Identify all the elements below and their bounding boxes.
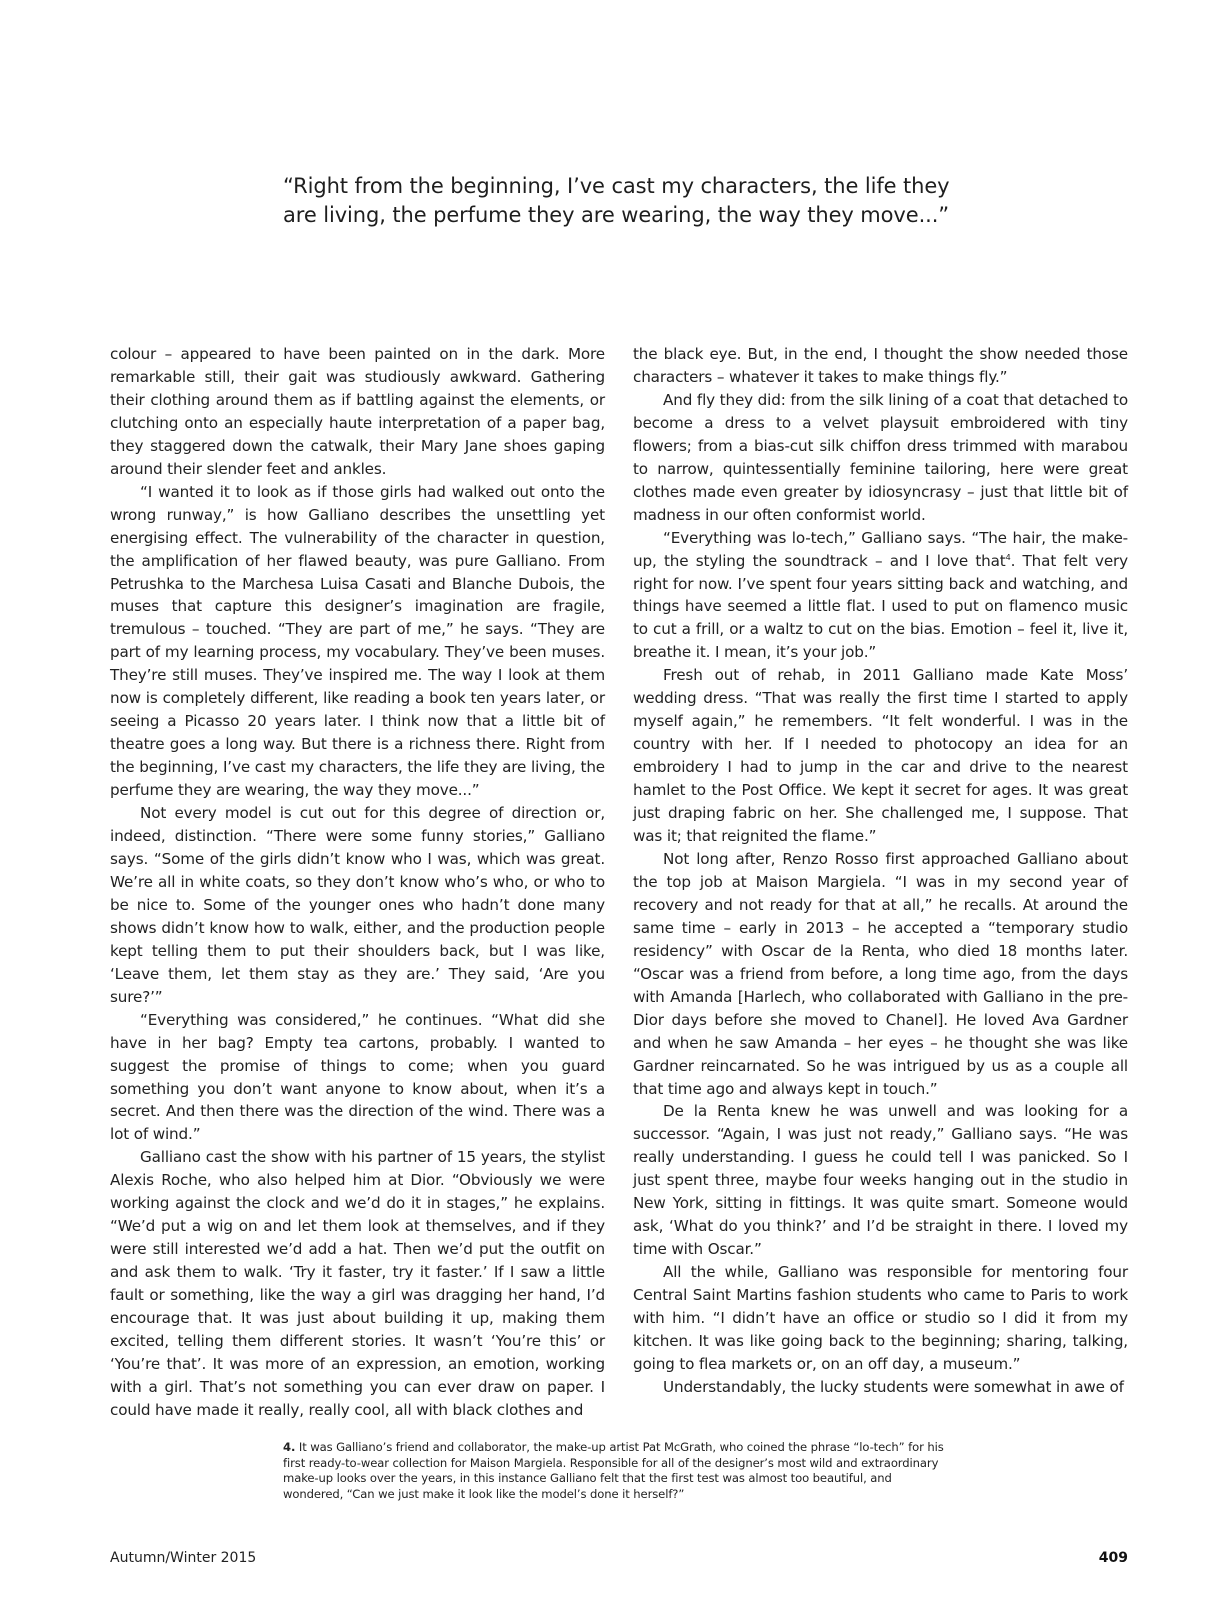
right-column: the black eye. But, in the end, I though… <box>633 343 1128 1399</box>
paragraph: De la Renta knew he was unwell and was l… <box>633 1100 1128 1261</box>
paragraph: And fly they did: from the silk lining o… <box>633 389 1128 527</box>
paragraph: Not every model is cut out for this degr… <box>110 802 605 1009</box>
paragraph: “I wanted it to look as if those girls h… <box>110 481 605 802</box>
paragraph: All the while, Galliano was responsible … <box>633 1261 1128 1376</box>
paragraph: “Everything was considered,” he continue… <box>110 1009 605 1147</box>
left-column: colour – appeared to have been painted o… <box>110 343 605 1422</box>
footnote-text: It was Galliano’s friend and collaborato… <box>283 1440 944 1501</box>
footnote-number: 4. <box>283 1440 295 1454</box>
page-number: 409 <box>1099 1550 1128 1566</box>
footnote: 4. It was Galliano’s friend and collabor… <box>283 1440 955 1502</box>
issue-label: Autumn/Winter 2015 <box>110 1550 256 1566</box>
paragraph: Not long after, Renzo Rosso first approa… <box>633 848 1128 1100</box>
paragraph: Galliano cast the show with his partner … <box>110 1146 605 1421</box>
pull-quote: “Right from the beginning, I’ve cast my … <box>283 172 983 230</box>
paragraph: Fresh out of rehab, in 2011 Galliano mad… <box>633 664 1128 848</box>
paragraph: the black eye. But, in the end, I though… <box>633 343 1128 389</box>
paragraph: colour – appeared to have been painted o… <box>110 343 605 481</box>
paragraph: “Everything was lo-tech,” Galliano says.… <box>633 527 1128 665</box>
paragraph: Understandably, the lucky students were … <box>633 1376 1128 1399</box>
